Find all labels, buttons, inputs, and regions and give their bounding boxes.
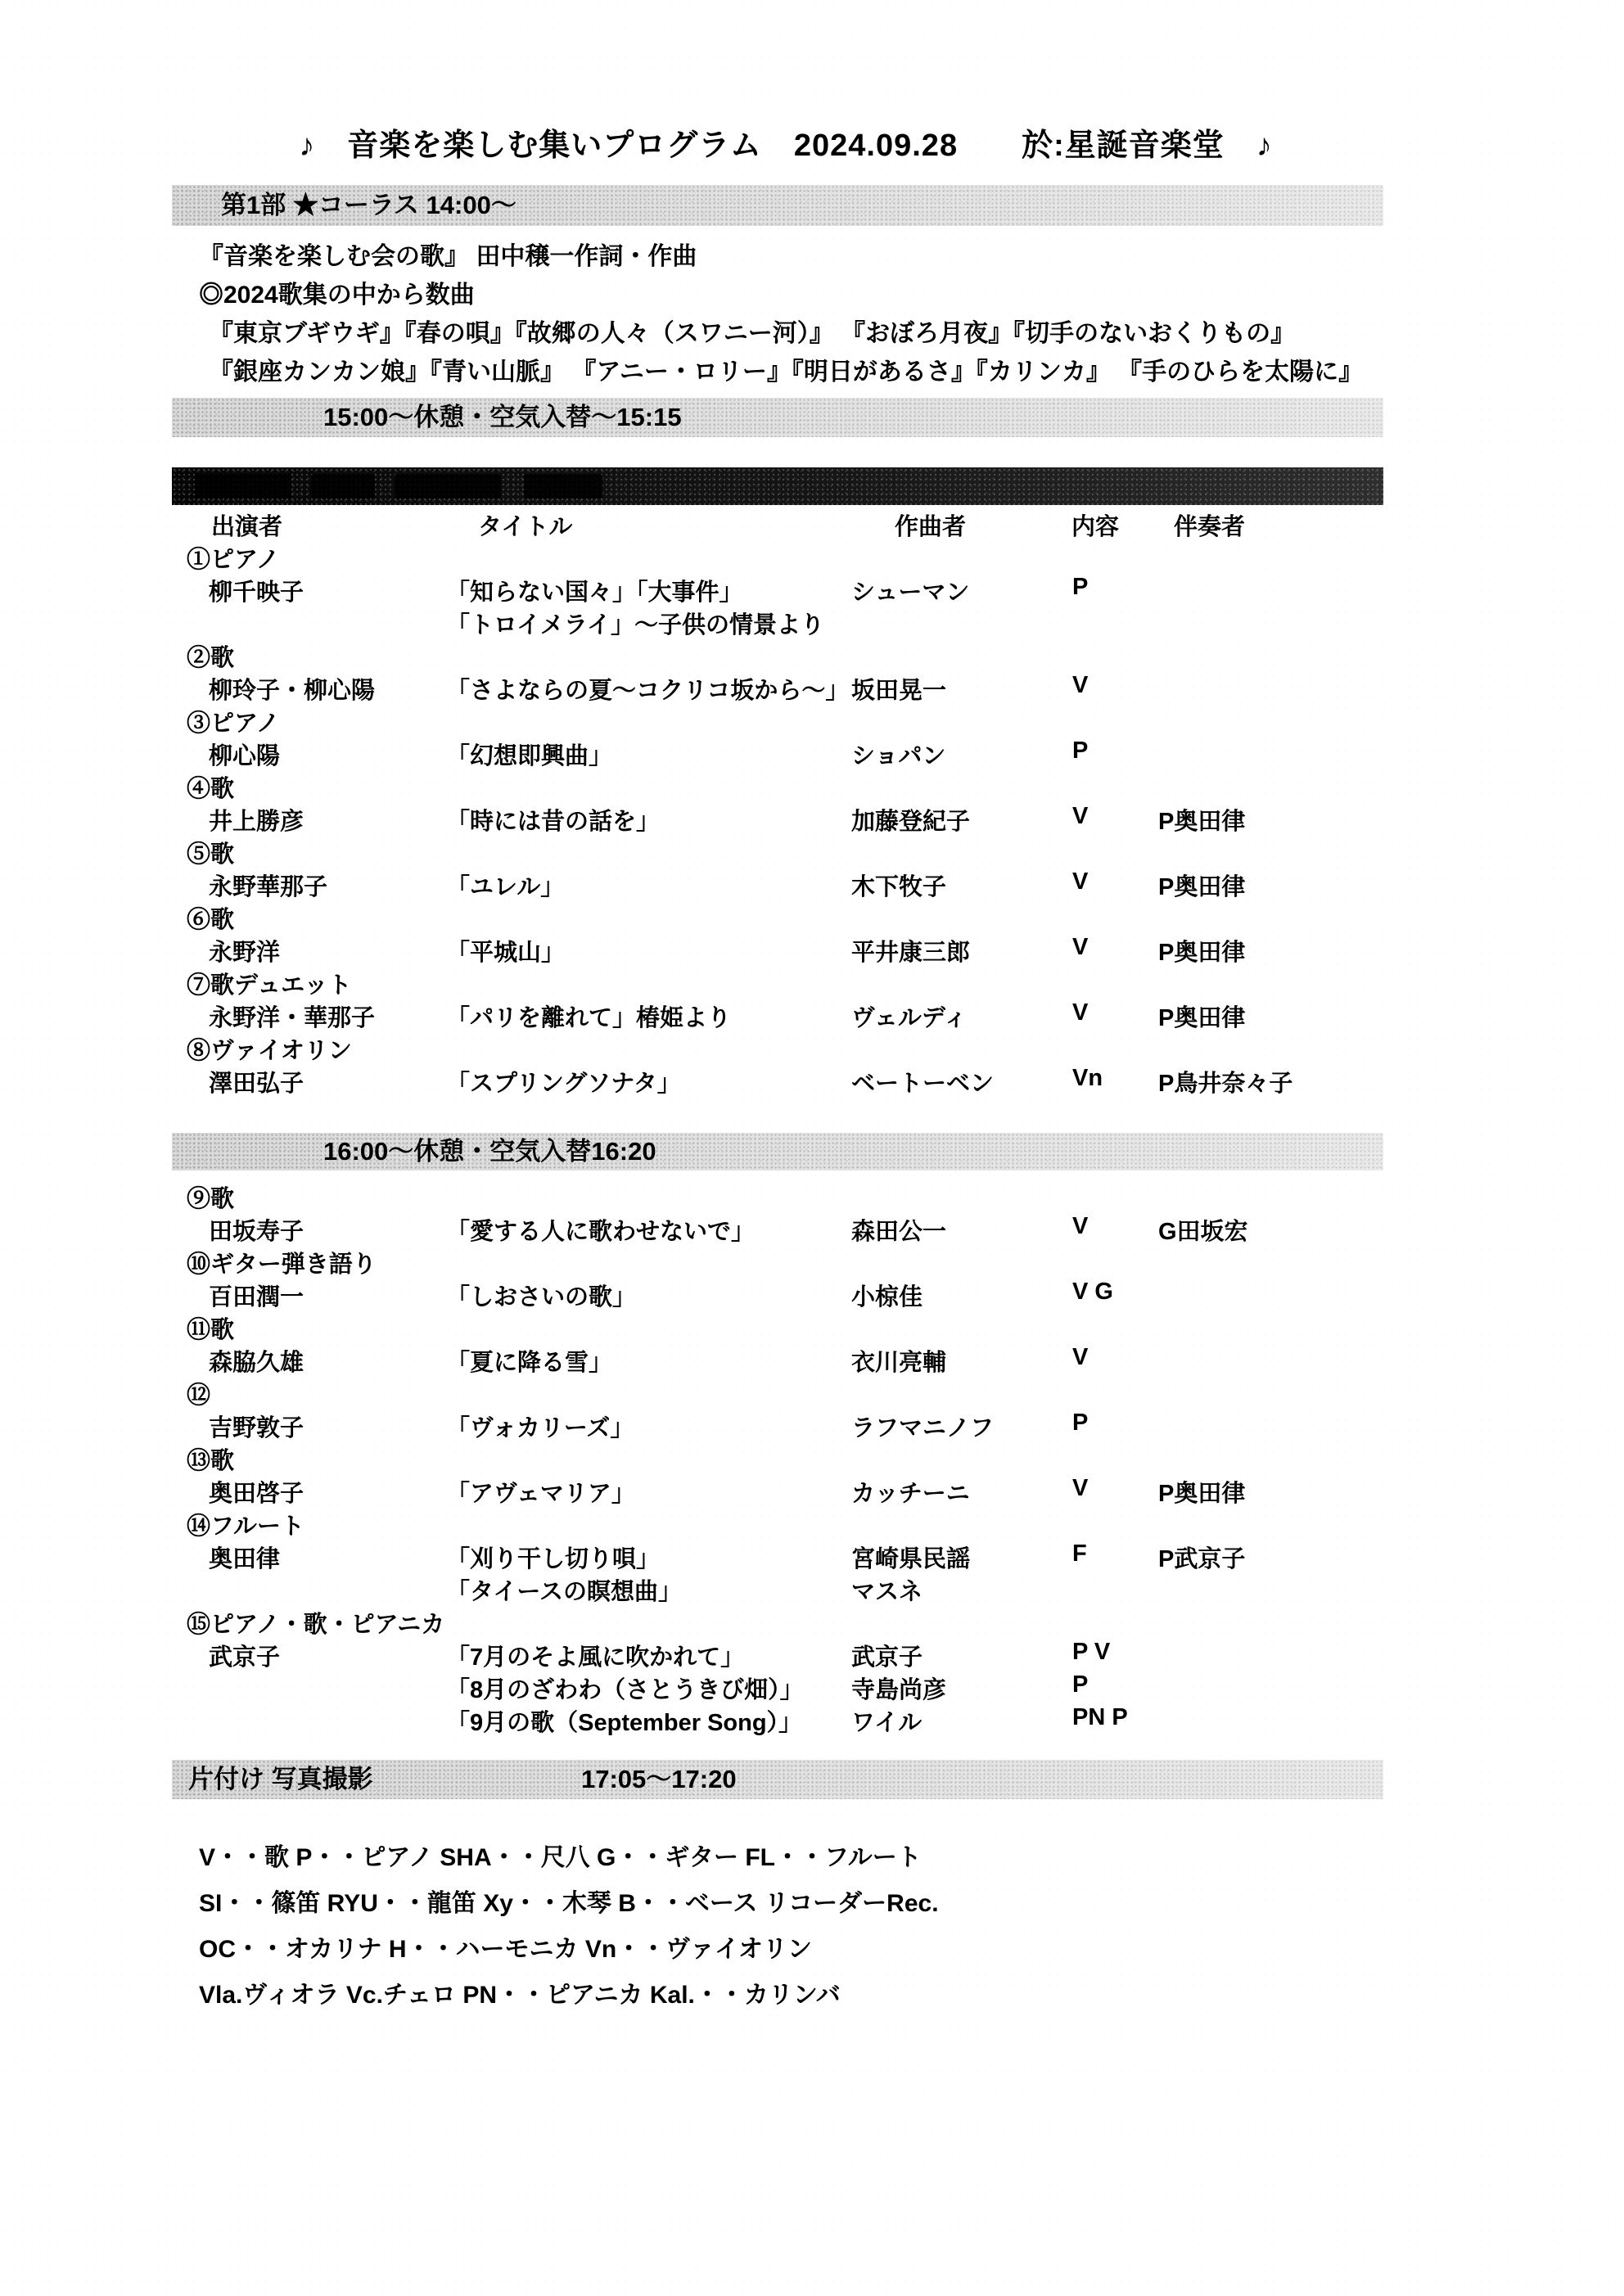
cell-composer: ヴェルディ bbox=[851, 999, 968, 1033]
break2-banner: 16:00～休憩・空気入替16:20 bbox=[172, 1133, 1383, 1171]
part1-banner: 第1部 ★コーラス 14:00～ bbox=[172, 185, 1383, 226]
program-category-row: ⑦歌デュエット bbox=[172, 967, 1522, 999]
header-accompanist: 伴奏者 bbox=[1174, 508, 1245, 542]
cleanup-banner: 片付け 写真撮影 17:05～17:20 bbox=[172, 1760, 1383, 1799]
cell-accompanist: G田坂宏 bbox=[1158, 1213, 1248, 1247]
cell-composer: 木下牧子 bbox=[851, 868, 946, 902]
cell-content: V bbox=[1072, 1213, 1088, 1240]
cell-content: V bbox=[1072, 934, 1088, 961]
program-entry-row: 「トロイメライ」～子供の情景より bbox=[172, 607, 1522, 639]
cell-composer: 宮崎県民謡 bbox=[851, 1540, 970, 1574]
cell-title: 「9月の歌（September Song）」 bbox=[446, 1704, 802, 1738]
part2-banner-unreadable bbox=[172, 467, 1383, 505]
category-label: ①ピアノ bbox=[187, 541, 280, 575]
songbook-note-line: ◎2024歌集の中から数曲 bbox=[199, 276, 1363, 314]
program-entry-row: 澤田弘子「スプリングソナタ」ベートーベンVnP鳥井奈々子 bbox=[172, 1065, 1522, 1098]
cell-performer: 武京子 bbox=[209, 1639, 280, 1672]
cell-composer: 加藤登紀子 bbox=[851, 803, 970, 837]
legend-line: OC・・オカリナ H・・ハーモニカ Vn・・ヴァイオリン bbox=[199, 1927, 939, 1973]
program-category-row: ⑧ヴァイオリン bbox=[172, 1032, 1522, 1065]
cell-title: 「ヴォカリーズ」 bbox=[446, 1410, 634, 1443]
legend-line: V・・歌 P・・ピアノ SHA・・尺八 G・・ギター FL・・フルート bbox=[199, 1835, 939, 1881]
cell-composer: シューマン bbox=[851, 574, 969, 607]
cell-accompanist: P奥田律 bbox=[1158, 1475, 1245, 1509]
program-category-row: ④歌 bbox=[172, 770, 1522, 803]
cell-content: V bbox=[1072, 868, 1088, 895]
unreadable-text-blob bbox=[195, 474, 291, 498]
cell-content: PN P bbox=[1072, 1704, 1128, 1731]
cell-performer: 奥田律 bbox=[209, 1540, 280, 1574]
chorus-songs-line-2: 『銀座カンカン娘』『青い山脈』 『アニー・ロリー』『明日があるさ』『カリンカ』 … bbox=[199, 353, 1363, 391]
category-label: ⑩ギター弾き語り bbox=[187, 1246, 377, 1279]
cell-performer: 百田潤一 bbox=[209, 1279, 304, 1312]
cell-content: F bbox=[1072, 1540, 1087, 1568]
program-category-row: ②歌 bbox=[172, 639, 1522, 672]
program-entry-row: 永野洋「平城山」平井康三郎VP奥田律 bbox=[172, 934, 1522, 967]
cell-title: 「しおさいの歌」 bbox=[446, 1279, 636, 1312]
program-entry-row: 永野洋・華那子「パリを離れて」椿姫よりヴェルディVP奥田律 bbox=[172, 999, 1522, 1032]
chorus-songs-line-1: 『東京ブギウギ』『春の唄』『故郷の人々（スワニー河）』 『おぼろ月夜』『切手のな… bbox=[199, 314, 1363, 353]
cell-title: 「スプリングソナタ」 bbox=[446, 1065, 681, 1098]
cell-composer: ラフマニノフ bbox=[851, 1410, 994, 1443]
program-entry-row: 奥田律「刈り干し切り唄」宮崎県民謡FP武京子 bbox=[172, 1540, 1522, 1573]
program-category-row: ⑬歌 bbox=[172, 1442, 1522, 1475]
cell-accompanist: P奥田律 bbox=[1158, 803, 1245, 837]
cleanup-banner-label: 片付け 写真撮影 bbox=[188, 1760, 373, 1799]
cell-accompanist: P奥田律 bbox=[1158, 999, 1245, 1033]
program-category-row: ⑪歌 bbox=[172, 1311, 1522, 1344]
category-label: ⑭フルート bbox=[187, 1508, 304, 1541]
abbreviation-legend: V・・歌 P・・ピアノ SHA・・尺八 G・・ギター FL・・フルート SI・・… bbox=[199, 1835, 939, 2019]
cell-performer: 柳玲子・柳心陽 bbox=[209, 672, 375, 706]
cell-title: 「知らない国々」「大事件」 bbox=[446, 574, 743, 607]
cell-title: 「トロイメライ」～子供の情景より bbox=[446, 607, 824, 640]
program-category-row: ⑨歌 bbox=[172, 1180, 1522, 1213]
cell-title: 「アヴェマリア」 bbox=[446, 1475, 635, 1509]
cell-performer: 柳心陽 bbox=[209, 738, 280, 771]
cell-title: 「ユレル」 bbox=[446, 868, 564, 902]
break1-banner-label: 15:00～休憩・空気入替～15:15 bbox=[172, 398, 682, 437]
header-content: 内容 bbox=[1071, 508, 1119, 542]
cell-content: V bbox=[1072, 1475, 1088, 1502]
cell-composer: 衣川亮輔 bbox=[851, 1344, 946, 1378]
cell-performer: 田坂寿子 bbox=[209, 1213, 304, 1247]
category-label: ⑦歌デュエット bbox=[187, 967, 352, 1000]
cell-performer: 澤田弘子 bbox=[209, 1065, 304, 1098]
cell-content: P bbox=[1072, 738, 1088, 765]
category-label: ⑨歌 bbox=[187, 1180, 234, 1214]
cell-title: 「時には昔の話を」 bbox=[446, 803, 660, 837]
program-category-row: ⑤歌 bbox=[172, 836, 1522, 868]
program-entry-row: 永野華那子「ユレル」木下牧子VP奥田律 bbox=[172, 868, 1522, 901]
cell-performer: 森脇久雄 bbox=[209, 1344, 304, 1378]
cell-performer: 井上勝彦 bbox=[209, 803, 304, 837]
cleanup-banner-time: 17:05～17:20 bbox=[581, 1760, 737, 1799]
program-entry-row: 武京子「7月のそよ風に吹かれて」武京子P V bbox=[172, 1639, 1522, 1671]
cell-content: V bbox=[1072, 1344, 1088, 1371]
part1-banner-label: 第1部 ★コーラス 14:00～ bbox=[172, 185, 517, 226]
cell-composer: ショパン bbox=[851, 738, 945, 771]
cell-content: P bbox=[1072, 1410, 1088, 1437]
program-entry-row: 森脇久雄「夏に降る雪」衣川亮輔V bbox=[172, 1344, 1522, 1377]
scanned-concert-program-page: ♪ 音楽を楽しむ集いプログラム 2024.09.28 於:星誕音楽堂 ♪ 第1部… bbox=[0, 0, 1624, 2296]
unreadable-text-blob bbox=[395, 474, 501, 498]
cell-performer: 永野華那子 bbox=[209, 868, 327, 902]
header-composer: 作曲者 bbox=[895, 508, 966, 542]
cell-accompanist: P鳥井奈々子 bbox=[1158, 1065, 1292, 1098]
program-category-row: ⑩ギター弾き語り bbox=[172, 1246, 1522, 1279]
cell-performer: 吉野敦子 bbox=[209, 1410, 304, 1443]
cell-title: 「タイースの瞑想曲」 bbox=[446, 1573, 682, 1607]
category-label: ⑮ピアノ・歌・ピアニカ bbox=[187, 1606, 444, 1640]
program-entry-row: 井上勝彦「時には昔の話を」加藤登紀子VP奥田律 bbox=[172, 803, 1522, 836]
cell-accompanist: P武京子 bbox=[1158, 1540, 1245, 1574]
cell-title: 「パリを離れて」椿姫より bbox=[446, 999, 731, 1033]
program-category-row: ③ピアノ bbox=[172, 705, 1522, 738]
program-entry-row: 「8月のざわわ（さとうきび畑）」寺島尚彦P bbox=[172, 1671, 1522, 1704]
break2-banner-label: 16:00～休憩・空気入替16:20 bbox=[172, 1133, 656, 1171]
category-label: ⑫ bbox=[187, 1377, 210, 1410]
category-label: ③ピアノ bbox=[187, 705, 280, 738]
program-category-row: ⑫ bbox=[172, 1377, 1522, 1410]
program-part1-rows: ①ピアノ柳千映子「知らない国々」「大事件」シューマンP「トロイメライ」～子供の情… bbox=[172, 541, 1522, 1098]
club-song-line: 『音楽を楽しむ会の歌』 田中穣一作詞・作曲 bbox=[199, 237, 1363, 276]
program-category-row: ⑥歌 bbox=[172, 901, 1522, 934]
program-part2-rows: ⑨歌田坂寿子「愛する人に歌わせないで」森田公一VG田坂宏⑩ギター弾き語り百田潤一… bbox=[172, 1180, 1522, 1737]
cell-content: V bbox=[1072, 672, 1088, 699]
unreadable-text-blob bbox=[524, 474, 602, 498]
cell-content: P bbox=[1072, 1671, 1088, 1698]
cell-content: P V bbox=[1072, 1639, 1110, 1666]
program-entry-row: 吉野敦子「ヴォカリーズ」ラフマニノフP bbox=[172, 1410, 1522, 1442]
cell-composer: 武京子 bbox=[851, 1639, 923, 1672]
cell-title: 「刈り干し切り唄」 bbox=[446, 1540, 660, 1574]
header-title: タイトル bbox=[478, 508, 572, 542]
header-performer: 出演者 bbox=[211, 508, 282, 542]
cell-accompanist: P奥田律 bbox=[1158, 868, 1245, 902]
program-entry-row: 奥田啓子「アヴェマリア」カッチーニVP奥田律 bbox=[172, 1475, 1522, 1508]
cell-composer: 寺島尚彦 bbox=[851, 1671, 946, 1705]
category-label: ⑤歌 bbox=[187, 836, 234, 869]
cell-composer: 坂田晃一 bbox=[851, 672, 946, 706]
cell-performer: 奥田啓子 bbox=[209, 1475, 304, 1509]
program-category-row: ①ピアノ bbox=[172, 541, 1522, 574]
cell-performer: 永野洋 bbox=[209, 934, 280, 968]
program-entry-row: 柳千映子「知らない国々」「大事件」シューマンP bbox=[172, 574, 1522, 607]
cell-content: V bbox=[1072, 803, 1088, 830]
program-category-row: ⑭フルート bbox=[172, 1508, 1522, 1540]
program-entry-row: 百田潤一「しおさいの歌」小椋佳V G bbox=[172, 1279, 1522, 1311]
category-label: ⑧ヴァイオリン bbox=[187, 1032, 352, 1066]
cell-composer: 平井康三郎 bbox=[851, 934, 970, 968]
cell-title: 「愛する人に歌わせないで」 bbox=[446, 1213, 755, 1247]
cell-composer: ベートーベン bbox=[851, 1065, 994, 1098]
cell-content: V bbox=[1072, 999, 1088, 1026]
cell-content: P bbox=[1072, 574, 1088, 601]
cell-composer: カッチーニ bbox=[851, 1475, 970, 1509]
cell-title: 「8月のざわわ（さとうきび畑）」 bbox=[446, 1671, 804, 1705]
category-label: ⑥歌 bbox=[187, 901, 234, 935]
category-label: ⑬歌 bbox=[187, 1442, 234, 1476]
cell-performer: 永野洋・華那子 bbox=[209, 999, 375, 1033]
program-table-header: 出演者 タイトル 作曲者 内容 伴奏者 bbox=[172, 508, 1522, 541]
cell-content: V G bbox=[1072, 1279, 1113, 1306]
cell-title: 「平城山」 bbox=[446, 934, 565, 968]
cell-composer: ワイル bbox=[851, 1704, 922, 1738]
cell-title: 「夏に降る雪」 bbox=[446, 1344, 612, 1378]
cell-performer: 柳千映子 bbox=[209, 574, 304, 607]
cell-title: 「幻想即興曲」 bbox=[446, 738, 612, 771]
program-category-row: ⑮ピアノ・歌・ピアニカ bbox=[172, 1606, 1522, 1639]
category-label: ⑪歌 bbox=[187, 1311, 234, 1345]
cell-composer: 森田公一 bbox=[851, 1213, 946, 1247]
legend-line: SI・・篠笛 RYU・・龍笛 Xy・・木琴 B・・ベース リコーダーRec. bbox=[199, 1881, 939, 1927]
program-entry-row: 柳玲子・柳心陽「さよならの夏～コクリコ坂から～」坂田晃一V bbox=[172, 672, 1522, 705]
page-title: ♪ 音楽を楽しむ集いプログラム 2024.09.28 於:星誕音楽堂 ♪ bbox=[188, 120, 1383, 165]
program-entry-row: 田坂寿子「愛する人に歌わせないで」森田公一VG田坂宏 bbox=[172, 1213, 1522, 1246]
cell-content: Vn bbox=[1072, 1065, 1103, 1092]
cell-accompanist: P奥田律 bbox=[1158, 934, 1245, 968]
category-label: ④歌 bbox=[187, 770, 234, 804]
cell-title: 「さよならの夏～コクリコ坂から～」 bbox=[446, 672, 849, 706]
legend-line: Vla.ヴィオラ Vc.チェロ PN・・ピアニカ Kal.・・カリンバ bbox=[199, 1973, 939, 2019]
program-entry-row: 「タイースの瞑想曲」マスネ bbox=[172, 1573, 1522, 1606]
cell-composer: 小椋佳 bbox=[851, 1279, 923, 1312]
program-entry-row: 柳心陽「幻想即興曲」ショパンP bbox=[172, 738, 1522, 770]
category-label: ②歌 bbox=[187, 639, 234, 673]
break1-banner: 15:00～休憩・空気入替～15:15 bbox=[172, 398, 1383, 437]
cell-composer: マスネ bbox=[851, 1573, 923, 1607]
part1-program-notes: 『音楽を楽しむ会の歌』 田中穣一作詞・作曲 ◎2024歌集の中から数曲 『東京ブ… bbox=[199, 237, 1363, 391]
unreadable-text-blob bbox=[311, 474, 375, 498]
program-entry-row: 「9月の歌（September Song）」ワイルPN P bbox=[172, 1704, 1522, 1737]
cell-title: 「7月のそよ風に吹かれて」 bbox=[446, 1639, 744, 1672]
